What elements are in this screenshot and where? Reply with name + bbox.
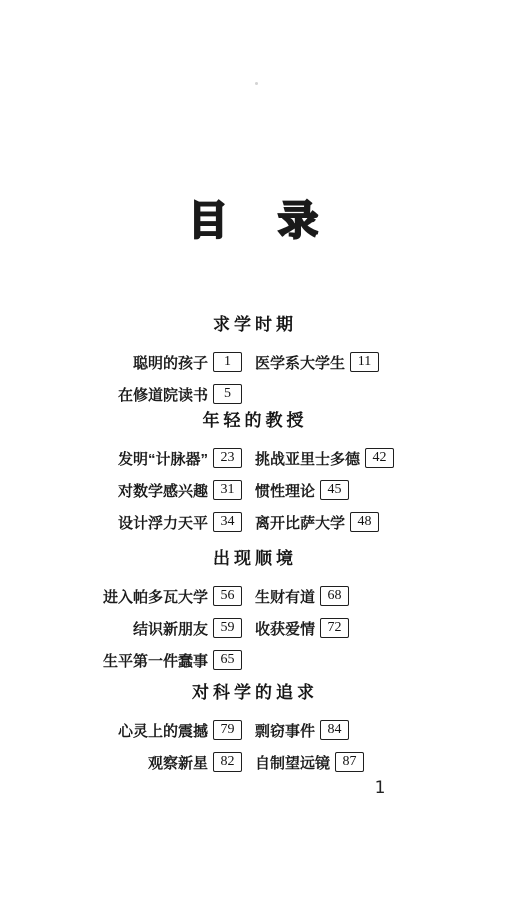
toc-entry: 心灵上的震撼 79 — [0, 720, 242, 741]
entry-title: 对数学感兴趣 — [118, 480, 208, 501]
section-header: 求学时期 — [0, 314, 506, 336]
toc-entry: 在修道院读书 5 — [0, 384, 242, 405]
entry-title: 观察新星 — [148, 752, 208, 773]
entry-title: 惯性理论 — [255, 480, 315, 501]
page-number-box: 11 — [350, 352, 379, 372]
toc-entry: 挑战亚里士多德 42 — [255, 448, 506, 469]
page-number-box: 5 — [213, 384, 242, 404]
toc-row: 观察新星 82 自制望远镜 87 — [0, 746, 506, 778]
page-title: 目录 — [0, 198, 506, 244]
page-number-box: 87 — [335, 752, 364, 772]
folio-page-number: 1 — [366, 778, 394, 798]
entry-title: 离开比萨大学 — [255, 512, 345, 533]
toc-row: 设计浮力天平 34 离开比萨大学 48 — [0, 506, 506, 538]
toc-entry: 惯性理论 45 — [255, 480, 506, 501]
toc-entry: 进入帕多瓦大学 56 — [0, 586, 242, 607]
toc-entry: 发明“计脉器” 23 — [0, 448, 242, 469]
page-number-box: 1 — [213, 352, 242, 372]
page-number-box: 84 — [320, 720, 349, 740]
toc-entry: 生平第一件蠢事 65 — [0, 650, 242, 671]
toc-row: 生平第一件蠢事 65 — [0, 644, 506, 676]
entry-title: 自制望远镜 — [255, 752, 330, 773]
page-number-box: 65 — [213, 650, 242, 670]
toc-entry: 观察新星 82 — [0, 752, 242, 773]
toc-row: 结识新朋友 59 收获爱情 72 — [0, 612, 506, 644]
toc-entry: 医学系大学生 11 — [255, 352, 506, 373]
section-header: 对科学的追求 — [0, 682, 506, 704]
toc-page: 目录 求学时期 聪明的孩子 1 医学系大学生 11 在修道院读书 5 年轻的教授 — [0, 0, 506, 898]
toc-row: 进入帕多瓦大学 56 生财有道 68 — [0, 580, 506, 612]
page-number-box: 31 — [213, 480, 242, 500]
section-dui-kexue-de-zhuiqiu: 对科学的追求 心灵上的震撼 79 剽窃事件 84 观察新星 82 自制望远镜 8… — [0, 682, 506, 778]
toc-row: 心灵上的震撼 79 剽窃事件 84 — [0, 714, 506, 746]
entry-title: 在修道院读书 — [118, 384, 208, 405]
entry-title: 医学系大学生 — [255, 352, 345, 373]
page-number-box: 79 — [213, 720, 242, 740]
toc-row: 发明“计脉器” 23 挑战亚里士多德 42 — [0, 442, 506, 474]
page-number-box: 34 — [213, 512, 242, 532]
page-number-box: 56 — [213, 586, 242, 606]
toc-entry: 结识新朋友 59 — [0, 618, 242, 639]
page-number-box: 45 — [320, 480, 349, 500]
section-qiuxue-shiqi: 求学时期 聪明的孩子 1 医学系大学生 11 在修道院读书 5 — [0, 314, 506, 410]
entry-title: 结识新朋友 — [133, 618, 208, 639]
entry-title: 生平第一件蠢事 — [103, 650, 208, 671]
page-number-box: 48 — [350, 512, 379, 532]
entry-title: 心灵上的震撼 — [118, 720, 208, 741]
section-header: 年轻的教授 — [0, 410, 506, 432]
entry-title: 收获爱情 — [255, 618, 315, 639]
page-number-box: 68 — [320, 586, 349, 606]
section-header: 出现顺境 — [0, 548, 506, 570]
section-chuxian-shunjing: 出现顺境 进入帕多瓦大学 56 生财有道 68 结识新朋友 59 收获爱情 72 — [0, 548, 506, 676]
toc-row: 聪明的孩子 1 医学系大学生 11 — [0, 346, 506, 378]
page-number-box: 59 — [213, 618, 242, 638]
toc-entry: 生财有道 68 — [255, 586, 506, 607]
page-number-box: 42 — [365, 448, 394, 468]
toc-entry: 对数学感兴趣 31 — [0, 480, 242, 501]
toc-entry: 自制望远镜 87 — [255, 752, 506, 773]
toc-entry: 设计浮力天平 34 — [0, 512, 242, 533]
scan-speck — [255, 82, 258, 85]
entry-title: 发明“计脉器” — [118, 448, 208, 469]
page-number-box: 23 — [213, 448, 242, 468]
entry-title: 进入帕多瓦大学 — [103, 586, 208, 607]
toc-row: 在修道院读书 5 — [0, 378, 506, 410]
entry-title: 生财有道 — [255, 586, 315, 607]
page-number-box: 82 — [213, 752, 242, 772]
entry-title: 设计浮力天平 — [118, 512, 208, 533]
toc-entry: 剽窃事件 84 — [255, 720, 506, 741]
entry-title: 聪明的孩子 — [133, 352, 208, 373]
toc-entry: 收获爱情 72 — [255, 618, 506, 639]
toc-entry: 离开比萨大学 48 — [255, 512, 506, 533]
toc-row: 对数学感兴趣 31 惯性理论 45 — [0, 474, 506, 506]
entry-title: 剽窃事件 — [255, 720, 315, 741]
page-number-box: 72 — [320, 618, 349, 638]
entry-title: 挑战亚里士多德 — [255, 448, 360, 469]
section-nianqing-de-jiaoshou: 年轻的教授 发明“计脉器” 23 挑战亚里士多德 42 对数学感兴趣 31 惯性… — [0, 410, 506, 538]
toc-entry: 聪明的孩子 1 — [0, 352, 242, 373]
